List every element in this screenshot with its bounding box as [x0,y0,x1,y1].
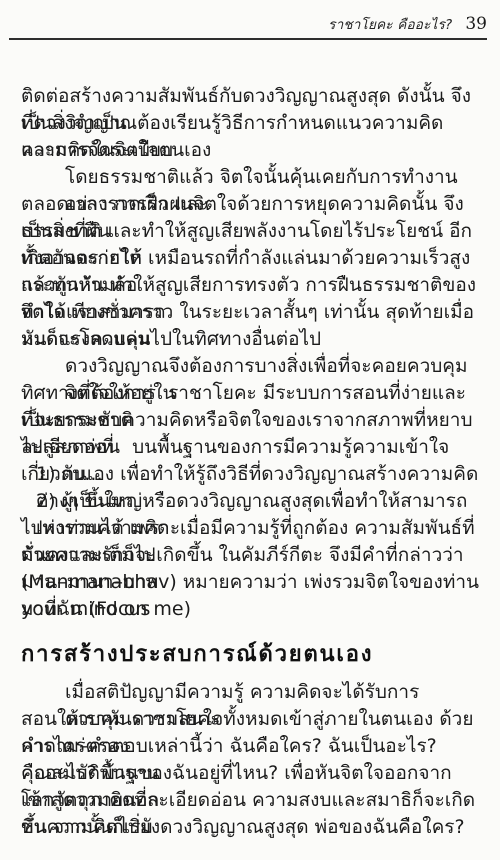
list-item: 1) ตนเอง เพื่อทำให้รู้ถึงวิธีที่ดวงวิญญา… [21,461,479,488]
text-line: เมื่อสติปัญญามีความรู้ ความคิดจะได้รับกา… [21,679,479,706]
text-line: กระทันหัน ทำให้สูญเสียการทรงตัว การฝืนธร… [21,272,479,299]
text-line: โดยธรรมชาติแล้ว จิตใจนั้นคุ้นเคยกับการทำ… [21,164,479,191]
section-heading: การสร้างประสบการณ์ด้วยตนเอง [21,640,479,670]
page-number: 39 [465,14,487,34]
running-head: ราชาโยคะ คืออะไร? 39 [9,0,487,40]
text-line: ดวงวิญญาณจึงต้องการบางสิ่งเพื่อที่จะคอยค… [21,353,479,380]
chapter-title: ราชาโยคะ คืออะไร? [328,13,454,35]
text-line: คำถาม–คำตอบเหล่านี้ว่า ฉันคือใคร? ฉันเป็… [21,733,479,760]
paragraph: โดยธรรมชาติแล้ว จิตใจนั้นคุ้นเคยกับการทำ… [21,164,479,353]
text-line: 2) ผู้เป็นใหญ่หรือดวงวิญญาณสูงสุดเพื่อทำ… [21,488,479,515]
text-line: (Manmanabhav) หมายความว่า เพ่งรวมจิตใจขอ… [21,569,479,596]
text-line: เข้าสู่ความคิดที่ละเอียดอ่อน ความสงบและส… [21,787,479,814]
list-item: 2) ผู้เป็นใหญ่หรือดวงวิญญาณสูงสุดเพื่อทำ… [21,488,479,623]
text-line: สอนให้เราหันความสนใจทั้งหมดเข้าสู่ภายในต… [21,706,479,733]
text-line: มันก็จะโลดแล่นไปในทิศทางอื่นต่อไป [21,326,479,353]
paragraph: ติดต่อสร้างความสัมพันธ์กับดวงวิญญาณสูงสุ… [21,83,479,164]
text-content: ติดต่อสร้างความสัมพันธ์กับดวงวิญญาณสูงสุ… [21,83,479,841]
text-line: ทำได้เพียงชั่วคราว ในระยะเวลาสั้นๆ เท่าน… [21,299,479,326]
text-line: ทิศทางที่ต้องการ ราชาโยคะ มีระบบการสอนที… [21,380,479,407]
text-line: ไปหาท่านได้ เพราะเมื่อมีความรู้ที่ถูกต้อ… [21,515,479,542]
paragraph: ดวงวิญญาณจึงต้องการบางสิ่งเพื่อที่จะคอยค… [21,353,479,461]
text-line: ธรรมชาติ และทำให้สูญเสียพลังงานโดยไร้ประ… [21,218,479,245]
text-line: หันความคิดไปยังดวงวิญญาณสูงสุด พ่อของฉัน… [21,814,479,841]
text-line: ติดต่อสร้างความสัมพันธ์กับดวงวิญญาณสูงสุ… [21,83,479,110]
text-line: 1) ตนเอง เพื่อทำให้รู้ถึงวิธีที่ดวงวิญญา… [21,461,479,488]
text-line: ละเอียดอ่อน บนพื้นฐานของการมีความรู้ความ… [21,434,479,461]
text-line: เกิดอันตรายได้ เหมือนรถที่กำลังแล่นมาด้ว… [21,245,479,272]
text-line: your mind on me) [21,596,479,623]
text-line: ด้วยความรักก็จะเกิดขึ้น ในคัมภีร์กีตะ จึ… [21,542,479,569]
text-line: คืออะไร? บ้านของฉันอยู่ที่ไหน? เพื่อหันจ… [21,760,479,787]
text-line: ที่จะยกระดับความคิดหรือจิตใจของเราจากสภา… [21,407,479,434]
paragraph: เมื่อสติปัญญามีความรู้ ความคิดจะได้รับกา… [21,679,479,841]
text-line: ที่ดวงวิญญาณต้องเรียนรู้วิธีการกำหนดแนวค… [21,110,479,137]
text-line: ความคิดในจิตใจตนเอง [21,137,479,164]
book-page: ราชาโยคะ คืออะไร? 39 ติดต่อสร้างความสัมพ… [0,0,500,860]
text-line: ตลอดเวลา การฝึกฝนจิตใจด้วยการหยุดความคิด… [21,191,479,218]
